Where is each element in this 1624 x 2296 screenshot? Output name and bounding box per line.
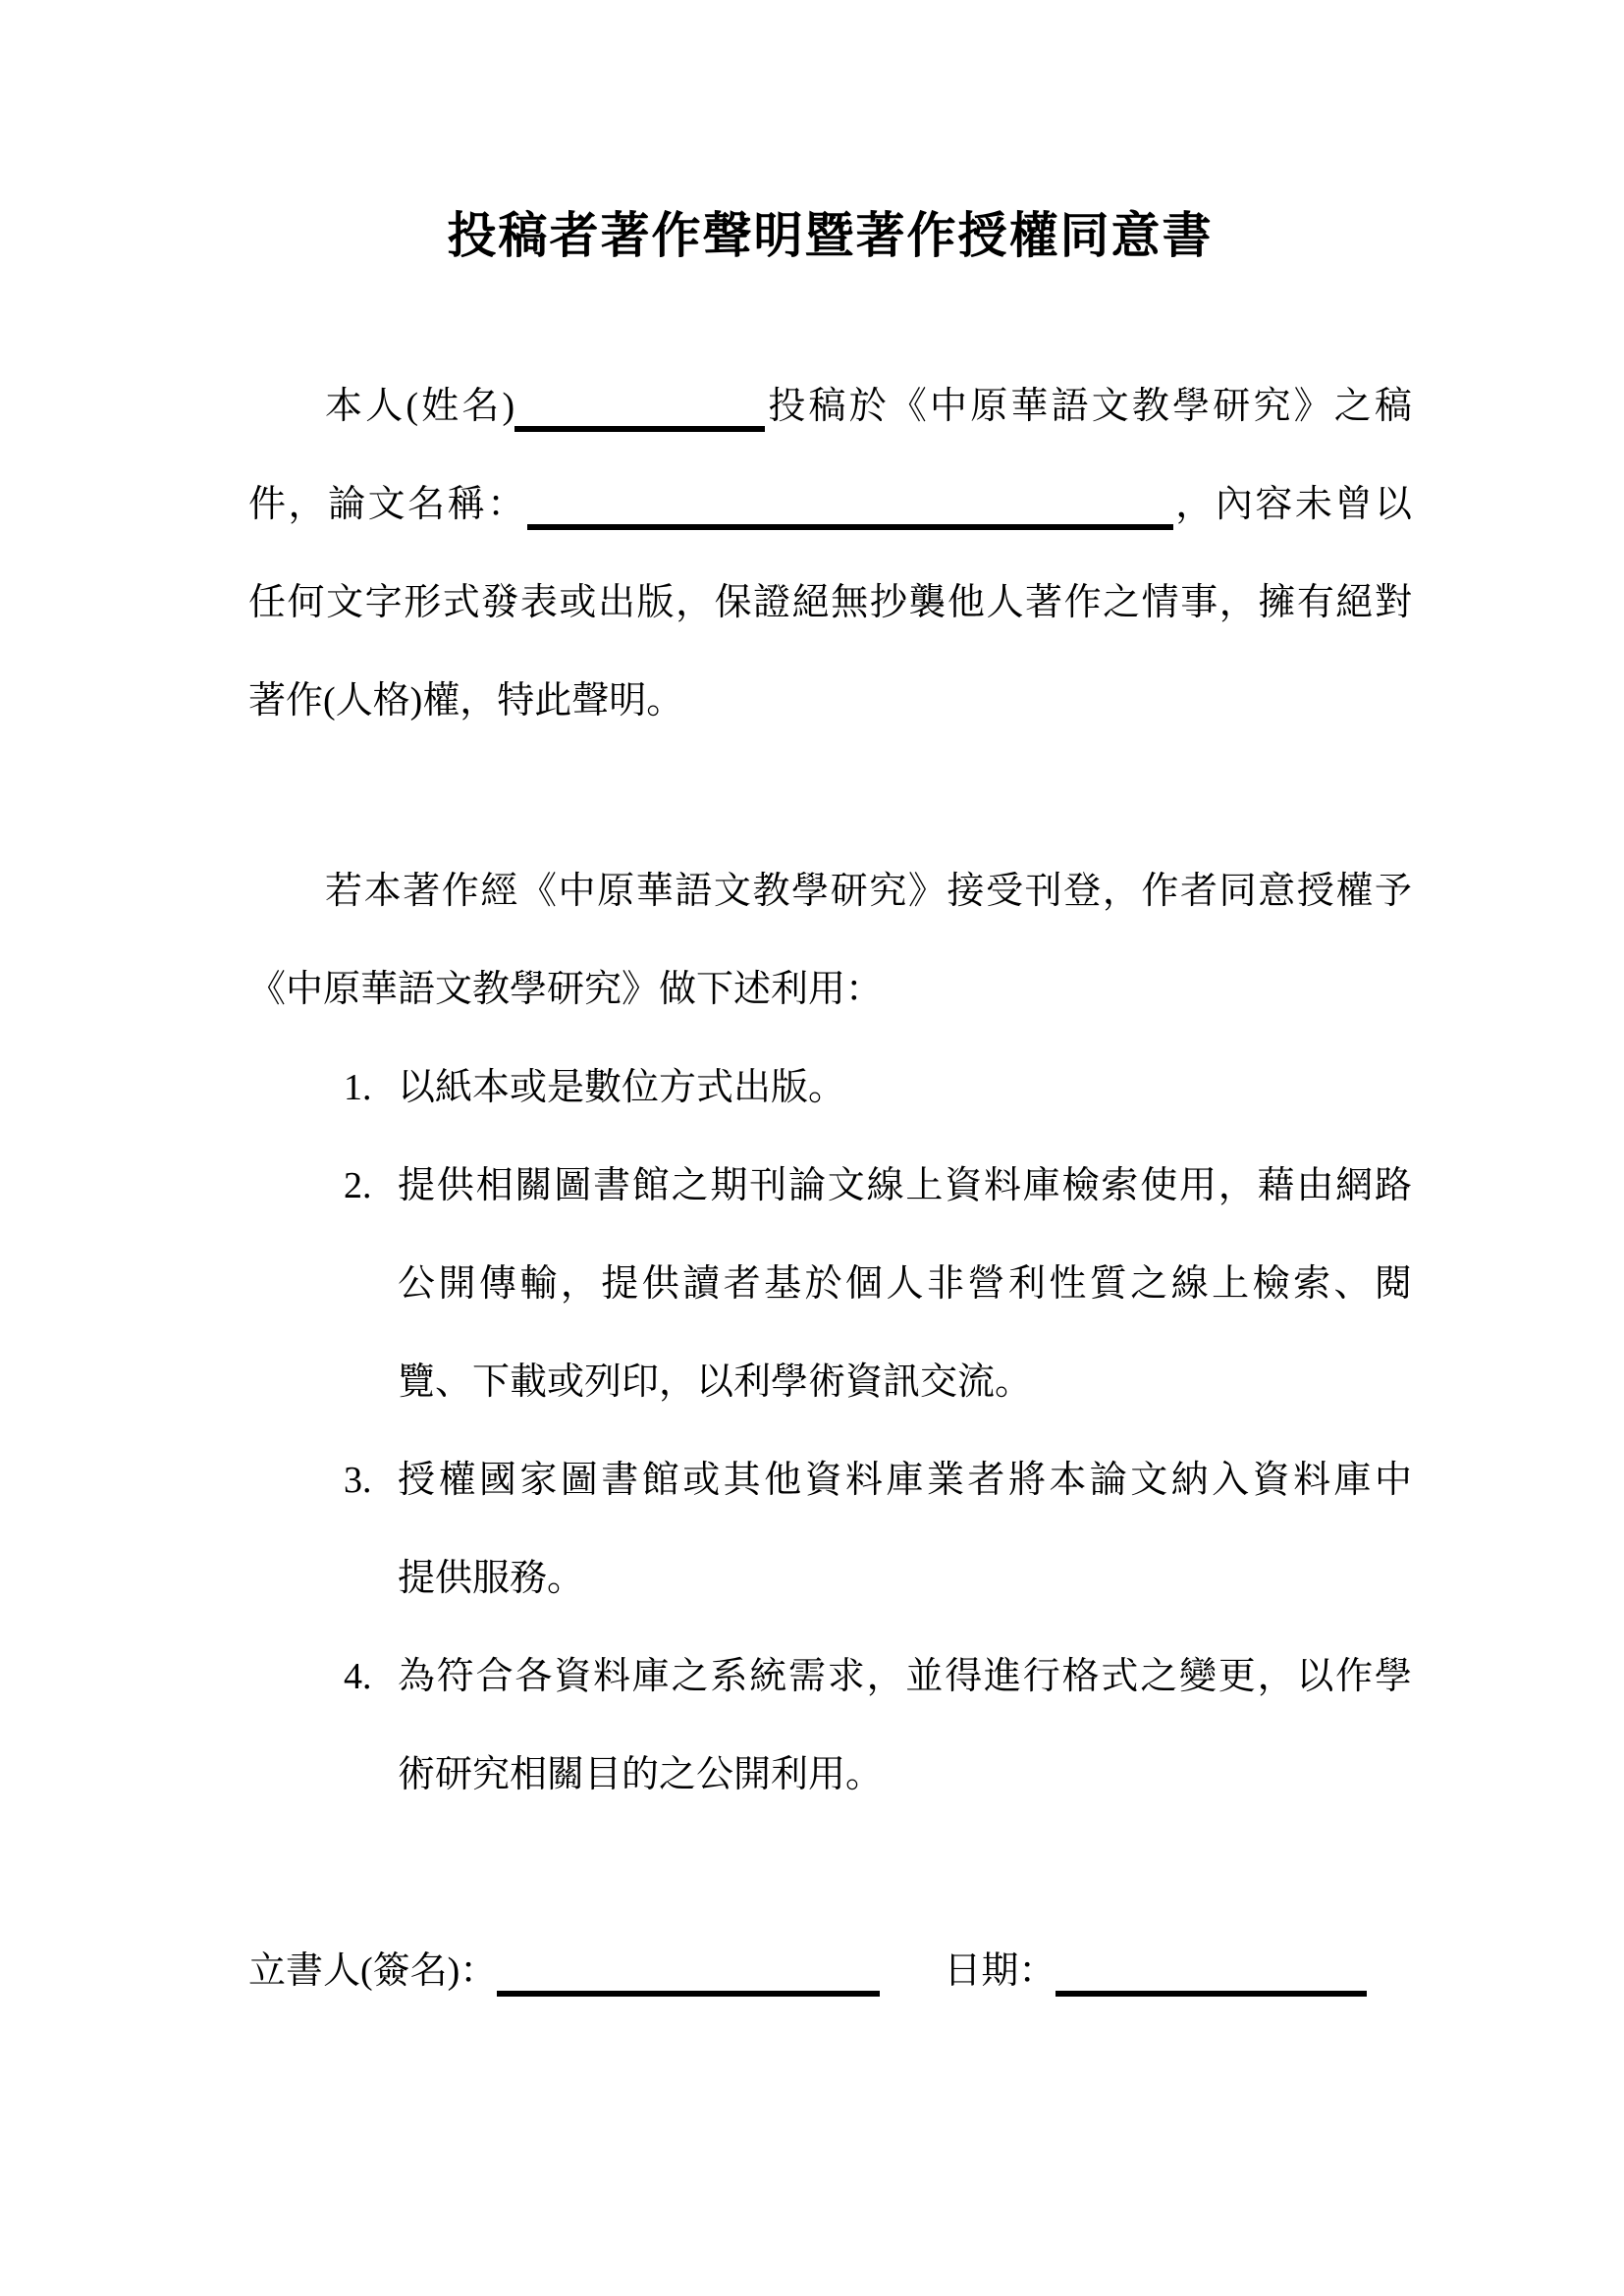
list-item: 2.提供相關圖書館之期刊論文線上資料庫檢索使用，藉由網路公開傳輸，提供讀者基於個… [248,1137,1412,1431]
text-run: 件，論文名稱： [248,484,527,525]
list-item: 3.授權國家圖書館或其他資料庫業者將本論文納入資料庫中提供服務。 [248,1431,1412,1628]
list-item-number: 2. [344,1137,398,1235]
text-line: 提供相關圖書館之期刊論文線上資料庫檢索使用，藉由網路 [398,1137,1412,1235]
text-line: 為符合各資料庫之系統需求，並得進行格式之變更，以作學 [398,1628,1412,1726]
text-run: 授權國家圖書館或其他資料庫業者將本論文納入資料庫中 [398,1460,1412,1501]
text-run: 任何文字形式發表或出版，保證絕無抄襲他人著作之情事，擁有絕對 [248,582,1412,623]
list-item-text: 為符合各資料庫之系統需求，並得進行格式之變更，以作學術研究相關目的之公開利用。 [398,1628,1412,1824]
text-run: 公開傳輸，提供讀者基於個人非營利性質之線上檢索、閱 [398,1263,1412,1305]
text-run: 投稿於《中原華語文教學研究》之稿 [765,386,1412,427]
list-item-number: 3. [344,1431,398,1529]
date-blank [1056,1991,1367,1997]
paper-title-blank [527,524,1173,530]
text-run: 提供服務。 [398,1558,584,1599]
text-run: 術研究相關目的之公開利用。 [398,1754,883,1795]
signature-blank [497,1991,880,1997]
date-label: 日期： [944,1950,1056,1992]
list-item: 1.以紙本或是數位方式出版。 [248,1039,1412,1137]
text-line: 本人(姓名)投稿於《中原華語文教學研究》之稿 [248,357,1412,455]
list-item: 4.為符合各資料庫之系統需求，並得進行格式之變更，以作學術研究相關目的之公開利用… [248,1628,1412,1824]
text-run: 覽、下載或列印，以利學術資訊交流。 [398,1362,1032,1403]
text-line: 任何文字形式發表或出版，保證絕無抄襲他人著作之情事，擁有絕對 [248,554,1412,652]
text-line: 術研究相關目的之公開利用。 [398,1726,1412,1824]
document-paragraphs: 本人(姓名)投稿於《中原華語文教學研究》之稿件，論文名稱：，內容未曾以任何文字形… [248,357,1412,1039]
text-line: 著作(人格)權，特此聲明。 [248,652,1412,750]
name-blank [514,426,765,432]
text-line: 件，論文名稱：，內容未曾以 [248,455,1412,554]
signer-label: 立書人(簽名)： [248,1950,497,1992]
text-run: 著作(人格)權，特此聲明。 [248,680,683,721]
authorized-uses-list: 1.以紙本或是數位方式出版。2.提供相關圖書館之期刊論文線上資料庫檢索使用，藉由… [248,1039,1412,1824]
document-content: 投稿者著作聲明暨著作授權同意書 本人(姓名)投稿於《中原華語文教學研究》之稿件，… [248,0,1412,2020]
paragraph-declaration: 本人(姓名)投稿於《中原華語文教學研究》之稿件，論文名稱：，內容未曾以任何文字形… [248,357,1412,750]
text-line: 公開傳輸，提供讀者基於個人非營利性質之線上檢索、閱 [398,1235,1412,1333]
text-run: 《中原華語文教學研究》做下述利用： [248,969,883,1010]
text-line: 提供服務。 [398,1529,1412,1628]
text-run: 本人(姓名) [325,386,514,427]
text-line: 覽、下載或列印，以利學術資訊交流。 [398,1333,1412,1431]
paragraph-authorization: 若本著作經《中原華語文教學研究》接受刊登，作者同意授權予《中原華語文教學研究》做… [248,842,1412,1039]
text-run: 以紙本或是數位方式出版。 [398,1067,845,1108]
scanned-document-page: 投稿者著作聲明暨著作授權同意書 本人(姓名)投稿於《中原華語文教學研究》之稿件，… [0,0,1624,2296]
text-run: 提供相關圖書館之期刊論文線上資料庫檢索使用，藉由網路 [398,1165,1412,1206]
text-line: 授權國家圖書館或其他資料庫業者將本論文納入資料庫中 [398,1431,1412,1529]
text-line: 《中原華語文教學研究》做下述利用： [248,940,1412,1039]
list-item-text: 提供相關圖書館之期刊論文線上資料庫檢索使用，藉由網路公開傳輸，提供讀者基於個人非… [398,1137,1412,1431]
list-item-number: 4. [344,1628,398,1726]
list-item-text: 授權國家圖書館或其他資料庫業者將本論文納入資料庫中提供服務。 [398,1431,1412,1628]
text-line: 以紙本或是數位方式出版。 [398,1039,1412,1137]
text-line: 若本著作經《中原華語文教學研究》接受刊登，作者同意授權予 [248,842,1412,940]
text-run: 若本著作經《中原華語文教學研究》接受刊登，作者同意授權予 [325,871,1412,912]
list-item-text: 以紙本或是數位方式出版。 [398,1039,1412,1137]
list-item-number: 1. [344,1039,398,1137]
document-title: 投稿者著作聲明暨著作授權同意書 [248,206,1412,265]
text-run: ，內容未曾以 [1173,484,1412,525]
text-run: 為符合各資料庫之系統需求，並得進行格式之變更，以作學 [398,1656,1412,1697]
signature-footer: 立書人(簽名)：日期： [248,1922,1412,2020]
